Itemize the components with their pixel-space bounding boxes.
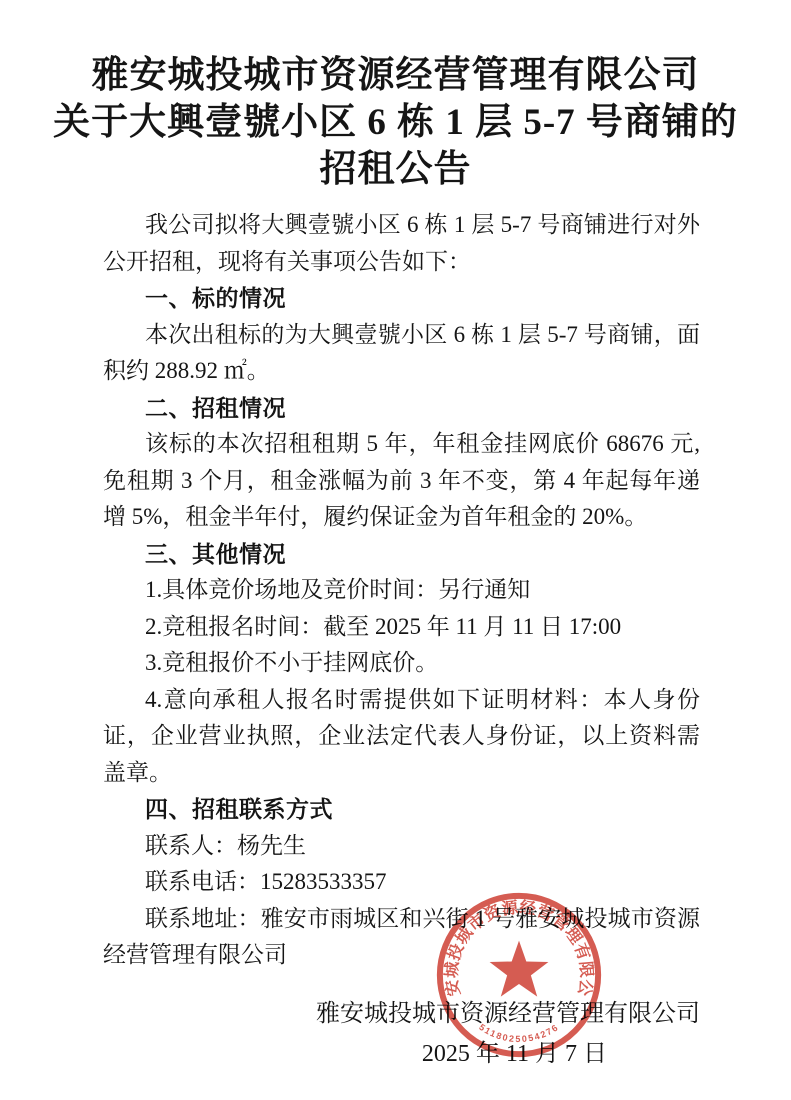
section3-item-3: 3.竞租报价不小于挂网底价。 <box>103 645 700 682</box>
signature-company: 雅安城投城市资源经营管理有限公司 <box>103 996 700 1033</box>
title-line-2: 关于大興壹號小区 6 栋 1 层 5-7 号商铺的 <box>34 99 757 146</box>
contact-address: 联系地址：雅安市雨城区和兴街 1 号雅安城投城市资源经营管理有限公司 <box>103 901 700 974</box>
title-line-3: 招租公告 <box>34 146 757 193</box>
section3-item-1: 1.具体竞价场地及竞价时间：另行通知 <box>103 572 700 609</box>
document-title: 雅安城投城市资源经营管理有限公司 关于大興壹號小区 6 栋 1 层 5-7 号商… <box>34 52 757 193</box>
document-body: 我公司拟将大興壹號小区 6 栋 1 层 5-7 号商铺进行对外公开招租，现将有关… <box>103 207 700 974</box>
section3-heading: 三、其他情况 <box>103 536 700 573</box>
title-line-1: 雅安城投城市资源经营管理有限公司 <box>34 52 757 99</box>
announcement-page: 雅安城投城市资源经营管理有限公司 关于大興壹號小区 6 栋 1 层 5-7 号商… <box>0 0 791 1100</box>
section4-heading: 四、招租联系方式 <box>103 791 700 828</box>
contact-phone: 联系电话：15283533357 <box>103 864 700 901</box>
signature-block: 雅安城投城市资源经营管理有限公司 2025 年 11 月 7 日 <box>103 996 700 1073</box>
section3-item-2: 2.竞租报名时间：截至 2025 年 11 月 11 日 17:00 <box>103 609 700 646</box>
contact-person: 联系人：杨先生 <box>103 828 700 865</box>
section2-heading: 二、招租情况 <box>103 390 700 427</box>
section3-item-4: 4.意向承租人报名时需提供如下证明材料：本人身份证，企业营业执照，企业法定代表人… <box>103 682 700 792</box>
section1-paragraph: 本次出租标的为大興壹號小区 6 栋 1 层 5-7 号商铺，面积约 288.92… <box>103 317 700 390</box>
section2-paragraph: 该标的本次招租租期 5 年，年租金挂网底价 68676 元,免租期 3 个月，租… <box>103 426 700 536</box>
section1-heading: 一、标的情况 <box>103 280 700 317</box>
intro-paragraph: 我公司拟将大興壹號小区 6 栋 1 层 5-7 号商铺进行对外公开招租，现将有关… <box>103 207 700 280</box>
signature-date: 2025 年 11 月 7 日 <box>103 1036 700 1073</box>
